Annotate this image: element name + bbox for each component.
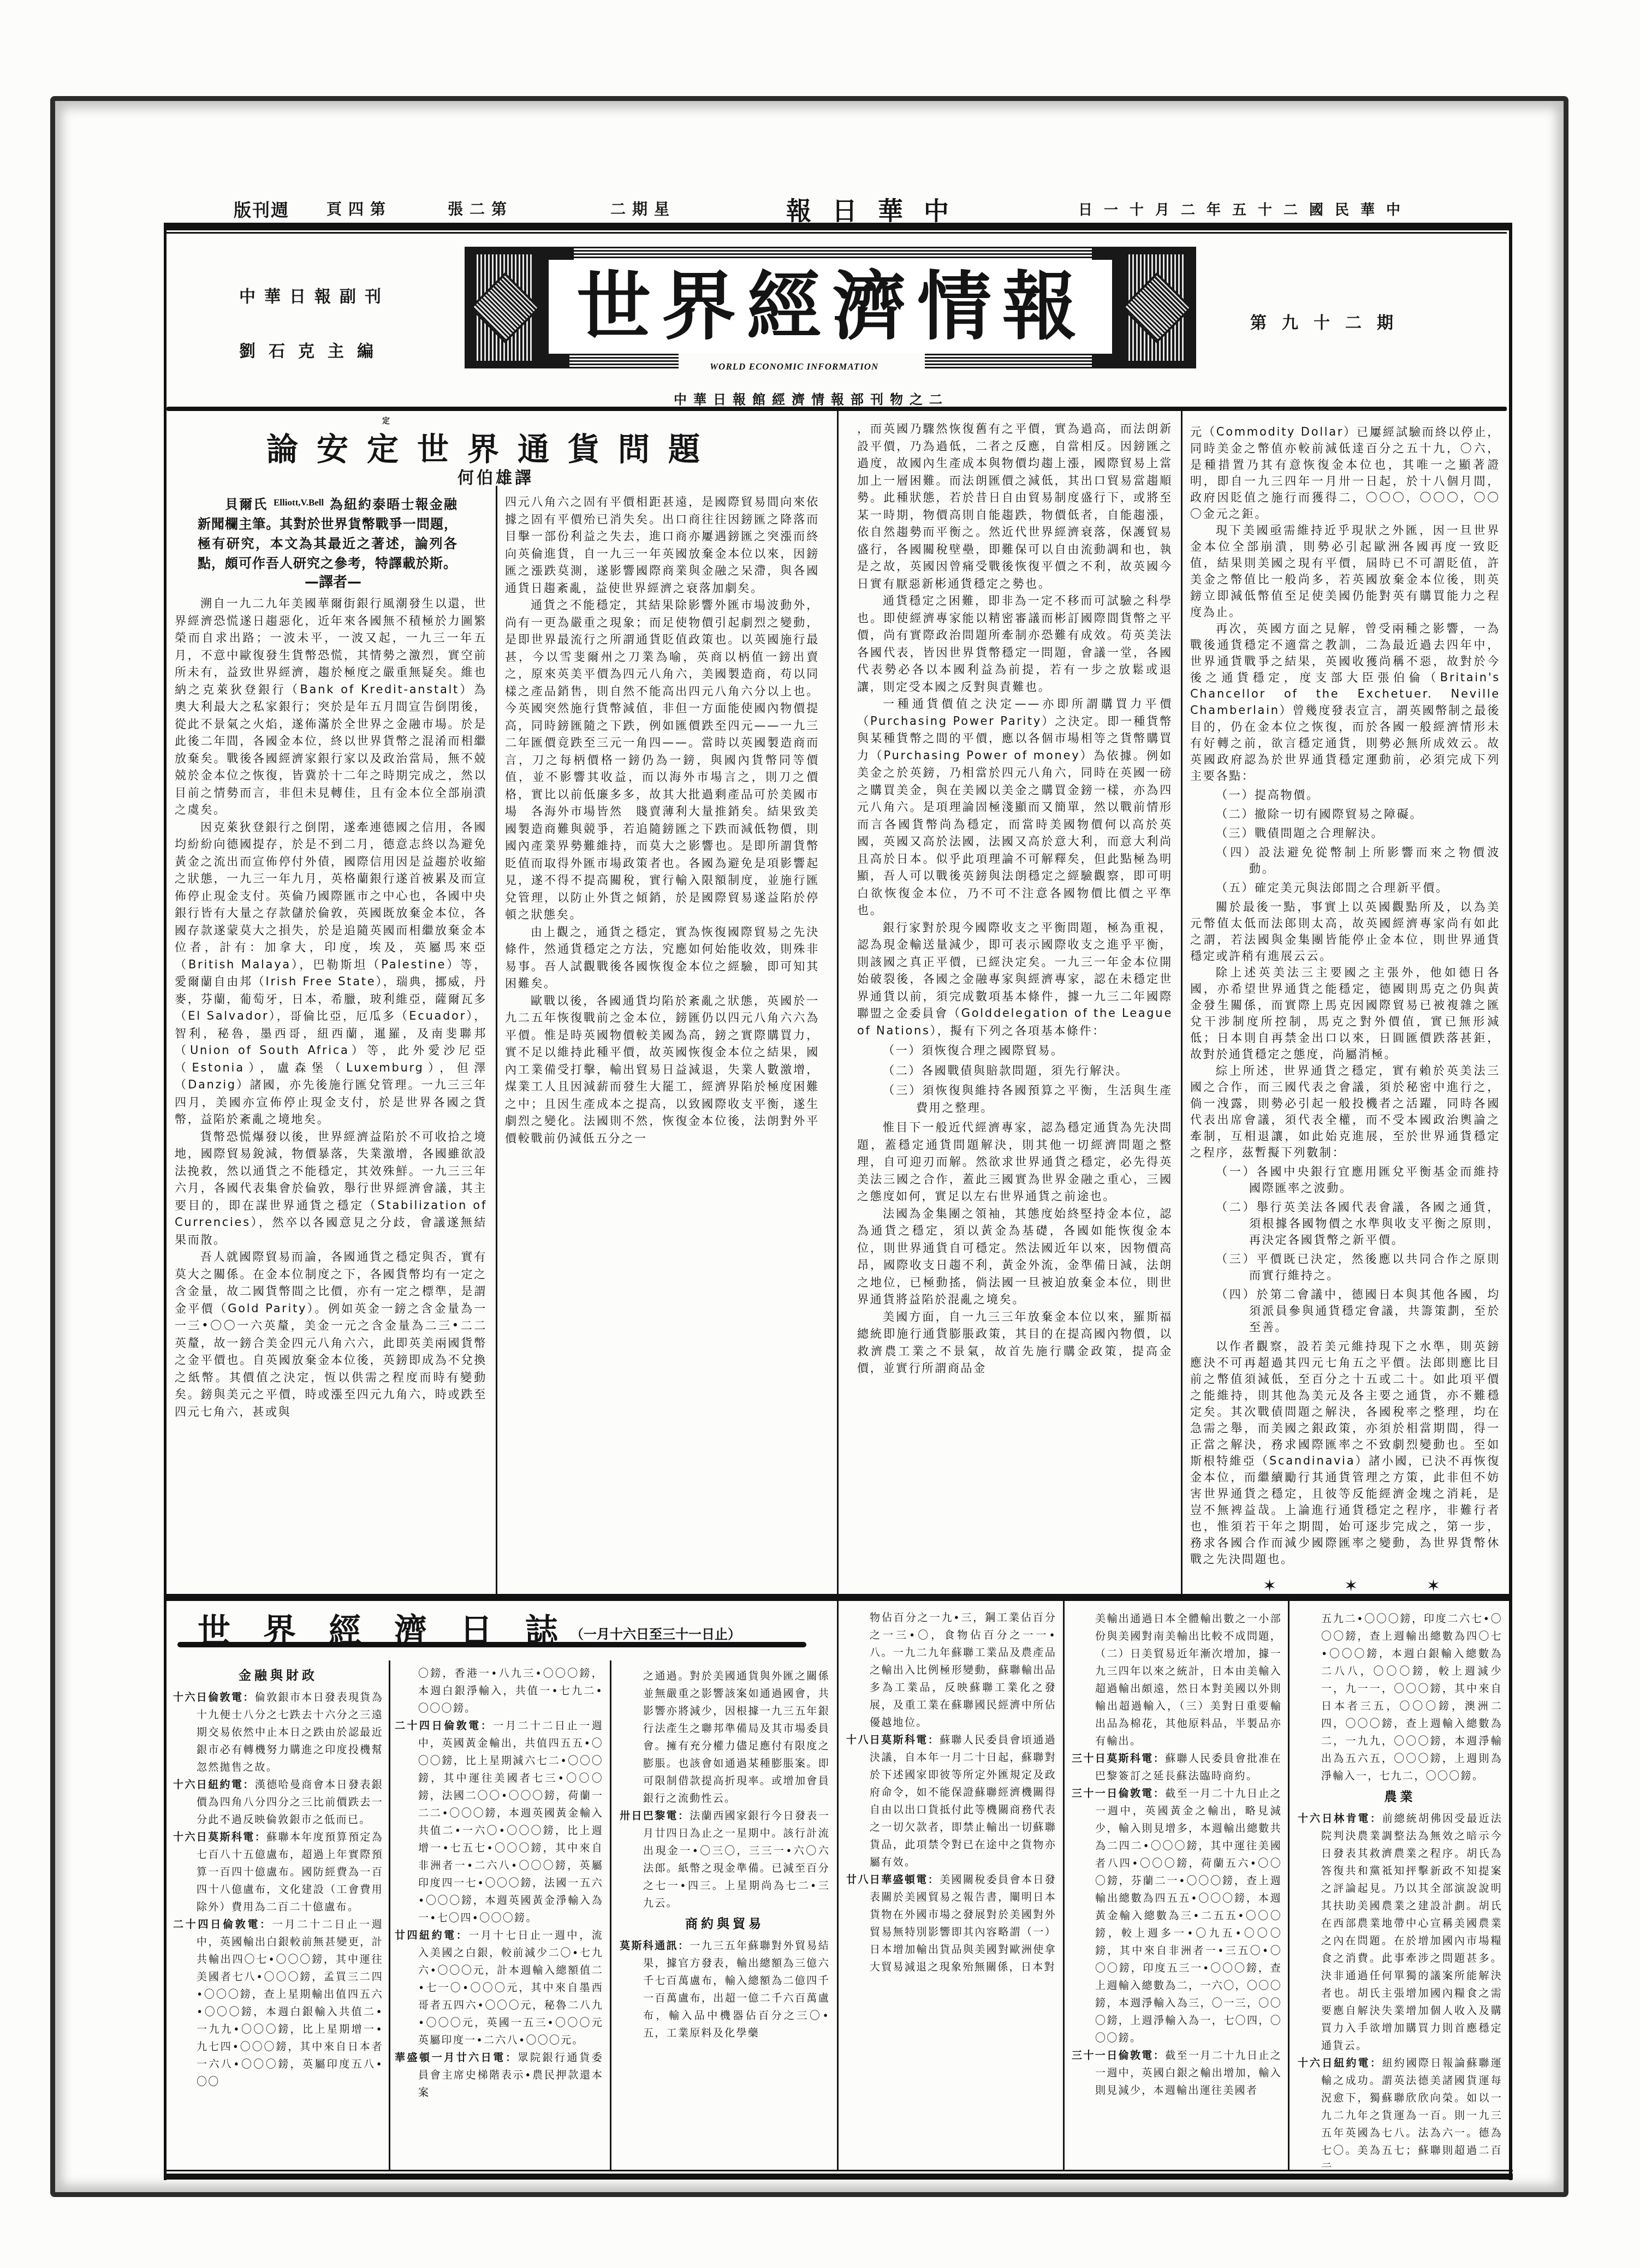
log-entry: 二十四日倫敦電：一月二十二日止一週中，英國輸出白銀較前無甚變更，計共輸出四〇七•… <box>173 1916 383 2091</box>
log-text: 一九三五年蘇聯對外貿易結果，據官方發表，輸出總額為三億六千七百萬盧布，輸入總額為… <box>643 1940 830 2039</box>
daily-log-column-2: 〇鎊，香港一•八九三•〇〇〇鎊，本週白銀淨輸入，共值一•七九二•〇〇〇鎊。 二十… <box>395 1665 603 2167</box>
column-divider <box>1181 411 1183 1594</box>
masthead-banner: 世界經濟情報 <box>465 247 1196 368</box>
log-text: 截至一月二十九日止之一週中，英國黃金之輸出，略見減少，輸入則見增多，本週輸出總數… <box>1095 1788 1282 2044</box>
list-item: （二）各國戰債與賠款問題，須先行解決。 <box>857 1062 1173 1080</box>
section-divider-rule <box>164 1594 1512 1601</box>
article-column-3: ，而英國乃驟然恢復舊有之平價，實為過高，而法朗新設平價，乃為過低，二者之反應，自… <box>857 420 1173 1590</box>
ornament-block <box>1092 354 1116 368</box>
edition-label: 週刊版 <box>234 197 289 222</box>
log-text: 前總統胡佛因受最近法院判決農業調整法為無效之暗示今日發表其救濟農業之程序。胡氏為… <box>1321 1813 1502 2052</box>
log-dateline: 十六日倫敦電： <box>173 1692 255 1704</box>
list-item: （二）撤除一切有國際貿易之障礙。 <box>1190 806 1500 822</box>
log-dateline: 二十四日倫敦電： <box>173 1919 272 1931</box>
log-dateline: 十六日紐約電： <box>173 1779 255 1791</box>
list-item: （二）舉行英美法各國代表會議，各國之通貨，須根據各國物價之水準與收支平衡之原則，… <box>1190 1199 1500 1248</box>
publisher-line: 中華日報館經濟情報部刊物之二 <box>674 389 949 408</box>
log-entry-continued: 美輸出通過日本全體輸出數之一小部份與美國對南美輸出比較不成問題，（二）日美貿易近… <box>1072 1610 1282 1750</box>
issue-date: 中華民國二十五年二月十一日 <box>1078 199 1412 219</box>
header-thin-rule <box>167 232 1507 234</box>
masthead-right-ornament <box>1116 247 1196 368</box>
bottom-thin-rule <box>164 2170 1513 2171</box>
log-section-heading: 商約與貿易 <box>620 1915 830 1933</box>
list-item: （一）須恢復合理之國際貿易。 <box>857 1042 1173 1059</box>
column-divider <box>1288 1601 1290 2171</box>
daily-log-column-3: 之通過。對於美國通貨與外匯之關係並無嚴重之影響該案如通過國會，共影響亦將減少，因… <box>620 1668 830 2167</box>
log-entry: 十六日倫敦電：倫敦銀市本日發表現貨為十九便士八分之七跌去十六分之三遠期交易依然中… <box>173 1689 383 1776</box>
list-item: （一）提高物價。 <box>1190 787 1500 803</box>
ornament-bar <box>1112 260 1116 354</box>
log-entry: 十六日莫斯科電：蘇聯本年度預算預定為七百八十五億盧布，超過上年實際預算一百四十億… <box>173 1829 383 1916</box>
author-name-english: Elliott,V.Bell <box>274 497 324 508</box>
log-entry: 華盛頓一月廿六日電：眾院銀行通貨委員會主席史梯階表示•農民押款還本案 <box>395 2049 603 2102</box>
log-dateline: 十六日莫斯科電： <box>173 1831 266 1843</box>
log-entry: 十六日紐約電：紐約國際日報論蘇聯運輸之成功。謂英法德美諸國貨運每況愈下，獨蘇聯欣… <box>1298 2055 1502 2167</box>
paragraph: 銀行家對於現今國際收支之平衡問題，極為重視，認為現金輸送量減少，即可表示國際收支… <box>857 919 1173 1040</box>
masthead-title: 世界經濟情報 <box>577 266 1088 348</box>
column-divider <box>496 486 497 1594</box>
masthead-left-ornament <box>465 247 544 368</box>
log-text: 倫敦銀市本日發表現貨為十九便士八分之七跌去十六分之三遠期交易依然中止本日之跌由於… <box>197 1692 383 1773</box>
paragraph-continued: 元（Commodity Dollar）已屢經試驗而終以停止，同時美金之幣值亦較前… <box>1190 424 1500 522</box>
article-title: 論安定世界通貨問題 <box>266 424 718 469</box>
ornament-block <box>544 247 574 260</box>
masthead-bottom-band-right <box>925 354 1092 368</box>
daily-log-column-6: 五九二•〇〇〇鎊，印度二六七•〇〇〇鎊，查上週輸出總數為四〇七•〇〇〇鎊，本週白… <box>1298 1610 1502 2167</box>
star-ornament-icon: ✶ <box>1344 1576 1358 1596</box>
log-dateline: 三十一日倫敦電： <box>1072 1788 1165 1800</box>
masthead-rule <box>167 407 1507 411</box>
weekday-label: 星期二 <box>610 198 676 219</box>
column-divider <box>1063 1601 1065 2171</box>
log-entry-continued: 五九二•〇〇〇鎊，印度二六七•〇〇〇鎊，查上週輸出總數為四〇七•〇〇〇鎊，本週白… <box>1298 1610 1502 1785</box>
sheet-label: 第二張 <box>448 198 513 219</box>
daily-log-date-range: （一月十六日至三十一日止） <box>571 1623 741 1642</box>
paragraph-continued: ，而英國乃驟然恢復舊有之平價，實為過高，而法朗新設平價，乃為過低，二者之反應，自… <box>857 420 1173 592</box>
paragraph: 通貨穩定之困難，即非為一定不移而可試驗之科學也。即使經濟專家能以精密審議而彬訂國… <box>857 592 1173 695</box>
log-dateline: 卅日巴黎電： <box>620 1810 690 1822</box>
list-item: （三）須恢復與維持各國預算之平衡，生活與生產費用之整理。 <box>857 1082 1173 1116</box>
ornament-block <box>1092 247 1116 260</box>
article-column-1: 溯自一九二九年美國華爾街銀行風潮發生以還，世界經濟恐慌遂日趨惡化，近年來各國無不… <box>175 595 487 1590</box>
column-divider <box>389 1660 390 2171</box>
list-item: （一）各國中央銀行宜應用匯兌平衡基金而維持國際匯率之波動。 <box>1190 1163 1500 1196</box>
paragraph: 吾人就國際貿易而論，各國通貨之穩定與否，實有莫大之關係。在金本位制度之下，各國貨… <box>175 1248 487 1420</box>
paragraph: 法國為金集團之領袖，其態度始終堅持金本位，認為通貨之穩定，須以黃金為基礎，各國如… <box>857 1205 1173 1308</box>
log-text: 法蘭西國家銀行今日發表一月廿四日為止之一星期中。該行計流出現金一•〇三〇，三三一… <box>643 1810 830 1909</box>
log-entry: 十六日紐約電：漢德哈曼商會本日發表銀價為四角八分四分之三比前價跌去一分此不過反映… <box>173 1776 383 1829</box>
article-translator: 何伯雄譯 <box>457 464 534 488</box>
log-text: 紐約國際日報論蘇聯運輸之成功。謂英法德美諸國貨運每況愈下，獨蘇聯欣欣向榮。如以一… <box>1321 2057 1502 2167</box>
column-divider <box>610 1660 611 2171</box>
paragraph: 歐戰以後，各國通貨均陷於紊亂之狀態，英國於一九二五年恢復戰前之金本位，鎊匯仍以四… <box>505 992 819 1147</box>
paragraph: 由上觀之，通貨之穩定，實為恢復國際貿易之先決條件，然通貨穩定之方法，究應如何始能… <box>505 924 819 992</box>
supplement-label: 中華日報副刊 <box>239 283 390 307</box>
intro-prefix: 貝爾氏 <box>225 497 268 512</box>
log-entry-continued: 之通過。對於美國通貨與外匯之關係並無嚴重之影響該案如通過國會，共影響亦將減少，因… <box>620 1668 830 1807</box>
list-item: （四）於第二會議中，德國日本與其他各國，均須派員參與通貨穩定會議，共籌策劃，至於… <box>1190 1286 1500 1335</box>
paragraph: 關於最後一點，事實上以英國觀點所及，以為美元幣值太低而法郎則太高，故英國經濟專家… <box>1190 898 1500 964</box>
log-section-heading: 農業 <box>1298 1788 1502 1806</box>
log-section-heading: 金融與財政 <box>173 1667 383 1684</box>
log-dateline: 十六日林肯電： <box>1298 1813 1382 1825</box>
log-dateline: 莫斯科通訊： <box>620 1940 690 1952</box>
daily-log-column-4: 物佔百分之一九•三，鋼工業佔百分之一三•〇，食物佔百分之一一•八。一九二九年蘇聯… <box>846 1609 1056 2167</box>
ornament-bar <box>544 260 549 354</box>
paragraph: 一種通貨價值之決定——亦即所謂購買力平價（Purchasing Power Pa… <box>857 695 1173 919</box>
editor-label: 劉石克主編 <box>239 337 387 361</box>
log-entry: 廿四紐約電：一月十七日止一週中，流入美國之白銀，較前減少二〇•七九六•〇〇〇元，… <box>395 1927 603 2049</box>
article-column-4: 元（Commodity Dollar）已屢經試驗而終以停止，同時美金之幣值亦較前… <box>1190 424 1500 1574</box>
ornament-block <box>544 354 569 368</box>
log-text: 一月二十二日止一週中，英國黃金輸出，共值四五五•〇〇〇鎊，比上星期減六七二•〇〇… <box>418 1720 603 1924</box>
intro-signature: —譯者— <box>284 571 382 591</box>
log-entry: 十八日莫斯科電：蘇聯人民委員會頃通過決議，自本年一月二十日起，蘇聯對於下述國家即… <box>846 1731 1056 1871</box>
masthead-bottom-band-left <box>569 354 679 368</box>
list-item: （五）確定美元與法郎間之合理新平價。 <box>1190 879 1500 896</box>
log-dateline: 十六日紐約電： <box>1298 2057 1382 2069</box>
log-dateline: 廿四紐約電： <box>395 1930 468 1942</box>
paragraph: 以作者觀察，設若美元維持現下之水準，則英鎊應決不可再超過其四元七角五之平價。法郎… <box>1190 1338 1500 1567</box>
bottom-thick-rule <box>164 2174 1513 2180</box>
log-dateline: 三十一日倫敦電： <box>1072 2050 1165 2062</box>
log-dateline: 二十四日倫敦電： <box>395 1720 493 1732</box>
paragraph: 通貨之不能穩定，其結果除影響外匯市場波動外，尚有一更為嚴重之現象；而足使物價引起… <box>505 597 819 924</box>
paragraph: 現下美國亟需維持近乎現狀之外匯，因一旦世界金本位全部崩潰，則勢必引起歐洲各國再度… <box>1190 522 1500 620</box>
log-dateline: 華盛頓一月廿六日電： <box>395 2052 518 2064</box>
log-dateline: 三十日莫斯科電： <box>1072 1753 1165 1765</box>
paragraph: 除上述英美法三主要國之主張外，他如德日各國，亦希望世界通貨之能穩定，德國則馬克之… <box>1190 964 1500 1062</box>
paragraph: 綜上所述，世界通貨之穩定，實有賴於英美法三國之合作，而三國代表之會議，須於秘密中… <box>1190 1062 1500 1160</box>
paragraph: 貨幣恐慌爆發以後，世界經濟益陷於不可收拾之境地，國際貿易銳減，物價暴落，失業激增… <box>175 1128 487 1249</box>
log-entry: 三十日莫斯科電：蘇聯人民委員會批准在巴黎簽訂之延長蘇法臨時商約。 <box>1072 1750 1282 1785</box>
newspaper-name: 中華日報 <box>786 191 970 227</box>
log-entry: 廿八日華盛頓電：美國關稅委員會本日發表關於美國貿易之報告書，闡明日本貨物在外國市… <box>846 1871 1056 1976</box>
log-entry: 三十一日倫敦電：截至一月二十九日止之一週中，英國黃金之輸出，略見減少，輸入則見增… <box>1072 1785 1282 2047</box>
list-item: （三）平價既已決定，然後應以共同合作之原則而實行維持之。 <box>1190 1251 1500 1283</box>
column-divider <box>837 1601 839 2171</box>
log-entry: 二十四日倫敦電：一月二十二日止一週中，英國黃金輸出，共值四五五•〇〇〇鎊，比上星… <box>395 1717 603 1927</box>
paragraph: 惟目下一般近代經濟專家，認為穩定通貨為先決問題，蓋穩定通貨問題解決，則其他一切經… <box>857 1119 1173 1205</box>
log-entry: 十六日林肯電：前總統胡佛因受最近法院判決農業調整法為無效之暗示今日發表其救濟農業… <box>1298 1810 1502 2055</box>
log-text: 一月二十二日止一週中，英國輸出白銀較前無甚變更，計共輸出四〇七•〇〇〇鎊，其中運… <box>197 1919 383 2088</box>
log-entry-continued: 〇鎊，香港一•八九三•〇〇〇鎊，本週白銀淨輸入，共值一•七九二•〇〇〇鎊。 <box>395 1665 603 1717</box>
masthead-english-title: WORLD ECONOMIC INFORMATION <box>710 361 878 372</box>
paragraph: 再次，英國方面之見解，曾受兩種之影響，一為戰後通貨穩定不適當之教訓，二為最近過去… <box>1190 620 1500 784</box>
paragraph: 因克萊狄登銀行之倒閉，遂牽連德國之信用，各國均紛紛向德國提存，於是不到二月，德意… <box>175 819 487 1128</box>
issue-number: 第九十二期 <box>1250 309 1409 333</box>
list-item: （三）戰債問題之合理解決。 <box>1190 825 1500 841</box>
log-text: 蘇聯人民委員會頃通過決議，自本年一月二十日起，蘇聯對於下述國家即彼等所定外匯規定… <box>870 1734 1056 1868</box>
paragraph-continued: 四元八角六之固有平價相距甚遠，是國際貿易間向來依據之固有平價殆已消失矣。出口商往… <box>505 493 819 597</box>
article-column-2: 四元八角六之固有平價相距甚遠，是國際貿易間向來依據之固有平價殆已消失矣。出口商往… <box>505 493 819 1590</box>
star-ornament-icon: ✶ <box>1263 1576 1276 1596</box>
daily-log-title-rule <box>177 1642 806 1647</box>
page-number-label: 第四頁 <box>326 198 392 219</box>
log-entry: 三十一日倫敦電：截至一月二十九日止之一週中，英國白銀之輸出增加，輸入則見減少，本… <box>1072 2047 1282 2099</box>
log-entry-continued: 物佔百分之一九•三，鋼工業佔百分之一三•〇，食物佔百分之一一•八。一九二九年蘇聯… <box>846 1609 1056 1731</box>
paragraph: 溯自一九二九年美國華爾街銀行風潮發生以還，世界經濟恐慌遂日趨惡化，近年來各國無不… <box>175 595 487 819</box>
paragraph: 美國方面，自一九三三年放棄金本位以來，羅斯福總統即施行通貨膨脹政策，其目的在提高… <box>857 1308 1173 1377</box>
log-dateline: 廿八日華盛頓電： <box>846 1874 940 1886</box>
log-text: 美國關稅委員會本日發表關於美國貿易之報告書，闡明日本貨物在外國市場之發展對於美國… <box>870 1874 1056 1973</box>
star-ornament-icon: ✶ <box>1427 1576 1440 1596</box>
log-text: 蘇聯本年度預算預定為七百八十五億盧布，超過上年實際預算一百四十億盧布。國防經費為… <box>197 1831 383 1913</box>
daily-log-column-5: 美輸出通過日本全體輸出數之一小部份與美國對南美輸出比較不成問題，（二）日美貿易近… <box>1072 1610 1282 2167</box>
translator-introduction: 貝爾氏 Elliott,V.Bell 為紐約泰晤士報金融新聞欄主筆。其對於世界貨… <box>198 493 457 573</box>
column-divider <box>837 411 839 1594</box>
log-entry: 卅日巴黎電：法蘭西國家銀行今日發表一月廿四日為止之一星期中。該行計流出現金一•〇… <box>620 1807 830 1912</box>
daily-log-column-1: 金融與財政 十六日倫敦電：倫敦銀市本日發表現貨為十九便士八分之七跌去十六分之三遠… <box>173 1664 383 2167</box>
log-dateline: 十八日莫斯科電： <box>846 1734 940 1746</box>
masthead-top-band <box>574 247 1092 260</box>
log-text: 一月十七日止一週中，流入美國之白銀，較前減少二〇•七九六•〇〇〇元，計本週輸入總… <box>418 1930 603 2046</box>
list-item: （四）設法避免從幣制上所影響而來之物價波動。 <box>1190 844 1500 877</box>
log-entry: 莫斯科通訊：一九三五年蘇聯對外貿易結果，據官方發表，輸出總額為三億六千七百萬盧布… <box>620 1937 830 2042</box>
